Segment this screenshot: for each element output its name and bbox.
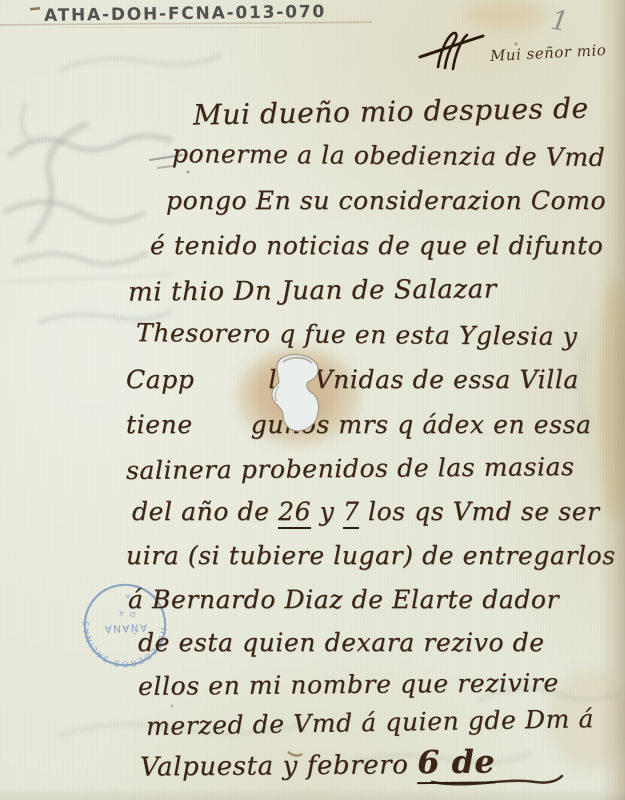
letter-text: salinera probenidos de las masias (126, 452, 575, 485)
letter-text: é tenido noticias de que el difunto (150, 231, 603, 260)
letter-text: del año de (132, 497, 278, 526)
letter-text: á Bernardo Diaz de Elarte dador (128, 585, 559, 614)
letter-text: tiene (126, 410, 193, 439)
letter-text: 26 (278, 497, 311, 529)
letter-line-2: ponerme a la obedienzia de Vmd (172, 139, 606, 172)
manuscript-scan: ATHA-DOH-FCNA-013-070 1 Mui señor mio Mu… (0, 0, 625, 800)
letter-line-13: de esta quien dexara rezivo de (138, 628, 545, 657)
letter-text: ponerme a la obedienzia de Vmd (172, 139, 606, 172)
letter-text: Mui dueño mio despues de (193, 92, 589, 132)
letter-line-9: salinera probenidos de las masias (126, 452, 575, 485)
letter-text: ellos en mi nombre que rezivire (138, 668, 559, 701)
letter-line-7: Capplas Vnidas de essa Villa (126, 365, 579, 394)
letter-line-6: Thesorero q fue en esta Yglesia y (136, 318, 578, 351)
letter-text: mi thio Dn Juan de Salazar (128, 274, 497, 307)
letter-text: y (311, 497, 343, 526)
letter-line-10: del año de 26 y 7 los qs Vmd se ser (132, 497, 600, 526)
page-edge-shadow-bottom (0, 788, 625, 800)
letter-line-1: Mui dueño mio despues de (193, 92, 589, 132)
letter-line-11: uira (si tubiere lugar) de entregarlos (126, 541, 616, 570)
letter-line-15: merzed de Vmd á quien gde Dm á (146, 704, 594, 741)
letter-line-16: Valpuesta y febrero 6 de (140, 743, 495, 783)
letter-text: merzed de Vmd á quien gde Dm á (146, 704, 594, 741)
page-edge-shadow-right (599, 0, 625, 800)
letter-line-14: ellos en mi nombre que rezivire (138, 668, 559, 701)
letter-text: Valpuesta y febrero (140, 750, 418, 782)
letter-line-8: tienegunos mrs q ádex en essa (126, 410, 592, 439)
letter-line-4: é tenido noticias de que el difunto (150, 231, 603, 260)
letter-text: los qs Vmd se ser (359, 497, 599, 526)
letter-text: Thesorero q fue en esta Yglesia y (136, 318, 578, 351)
letter-text: uira (si tubiere lugar) de entregarlos (126, 541, 616, 570)
letter-line-5: mi thio Dn Juan de Salazar (128, 274, 497, 307)
letter-text: 7 (343, 497, 360, 529)
letter-text: las Vnidas de essa Villa (268, 365, 578, 394)
letter-line-3: pongo En su considerazion Como (166, 186, 606, 215)
letter-line-12: á Bernardo Diaz de Elarte dador (128, 585, 559, 614)
letter-text: gunos mrs q ádex en essa (251, 410, 592, 439)
letter-text: pongo En su considerazion Como (166, 186, 606, 215)
letter-body: Mui dueño mio despues deponerme a la obe… (0, 0, 625, 800)
letter-text: de esta quien dexara rezivo de (138, 628, 545, 657)
letter-text: Capp (126, 365, 194, 394)
letter-text: 6 de (417, 743, 495, 784)
